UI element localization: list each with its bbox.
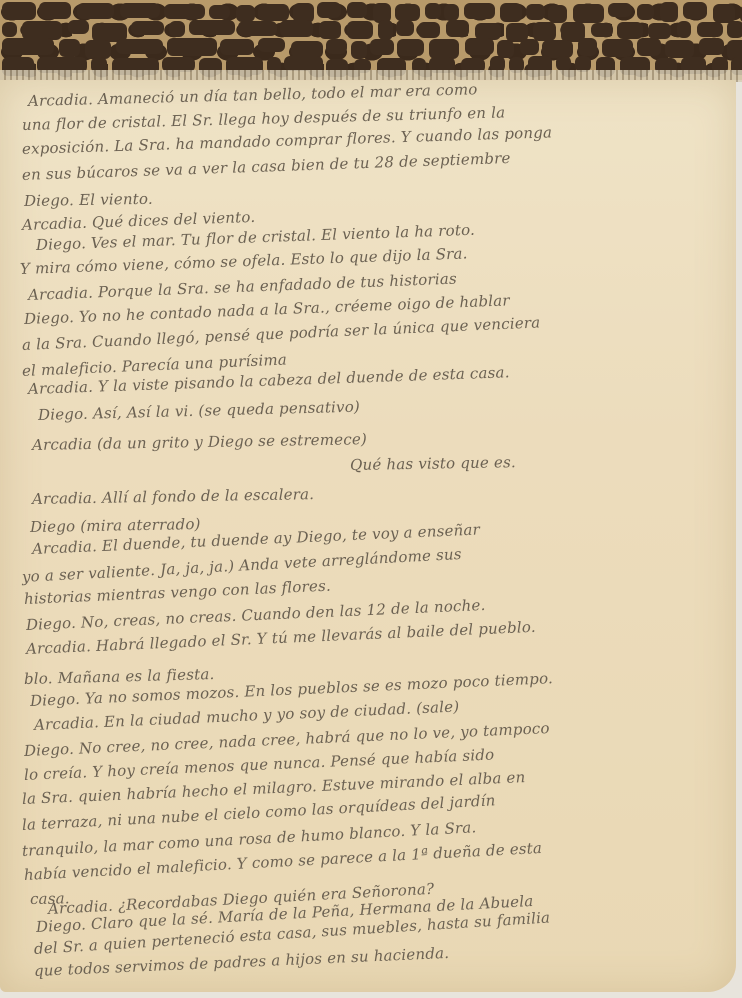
cover-scale xyxy=(209,5,230,19)
cover-scale xyxy=(697,22,723,37)
cover-scale xyxy=(548,5,567,24)
cover-scale xyxy=(220,39,253,55)
cover-scale xyxy=(526,4,545,19)
cover-scale xyxy=(683,2,708,19)
cover-scale xyxy=(116,39,163,54)
cover-scale xyxy=(351,41,367,59)
manuscript-line: Arcadia (da un grito y Diego se estremec… xyxy=(32,430,367,454)
cover-scale xyxy=(591,23,613,37)
cover-scale xyxy=(677,21,692,37)
cover-scale xyxy=(258,4,289,21)
cover-scale xyxy=(378,20,393,39)
cover-scale xyxy=(533,22,556,40)
cover-scale xyxy=(131,21,165,35)
manuscript-line: Diego. El viento. xyxy=(24,190,153,210)
cover-scale xyxy=(475,23,501,40)
cover-scale xyxy=(2,2,36,19)
cover-scale xyxy=(429,39,459,59)
notebook-cover xyxy=(0,0,742,80)
cover-scale xyxy=(397,39,424,56)
cover-scale xyxy=(77,3,115,19)
cover-scale xyxy=(59,39,80,57)
cover-scale xyxy=(39,2,71,19)
cover-scale xyxy=(418,22,440,38)
cover-scale xyxy=(608,3,632,17)
manuscript-page: Arcadia. Amaneció un día tan bello, todo… xyxy=(0,80,736,992)
cover-scale xyxy=(637,4,655,20)
cover-scale xyxy=(319,21,341,39)
cover-scale xyxy=(68,20,89,34)
cover-scale xyxy=(520,39,539,55)
cover-scale xyxy=(727,21,742,38)
cover-scale xyxy=(648,23,671,40)
cover-scale xyxy=(169,21,186,37)
cover-scale xyxy=(446,20,470,37)
manuscript-line: Diego. Así, Así la vi. (se queda pensati… xyxy=(38,398,360,424)
cover-scale xyxy=(660,2,679,22)
cover-scale xyxy=(370,39,394,55)
cover-scale xyxy=(444,4,459,20)
manuscript-line: Arcadia. Allí al fondo de la escalera. xyxy=(32,485,314,508)
cover-scale xyxy=(317,2,341,18)
cover-scale xyxy=(284,56,323,71)
cover-scale xyxy=(665,40,694,58)
cover-scale xyxy=(280,20,313,36)
cover-scale xyxy=(395,4,420,20)
cover-scale xyxy=(238,21,277,36)
cover-scale xyxy=(189,20,235,35)
cover-scale xyxy=(258,38,285,52)
cover-scale xyxy=(602,39,633,57)
cover-scale xyxy=(2,22,17,37)
cover-scale xyxy=(465,38,493,54)
cover-scale xyxy=(617,22,643,38)
cover-scale xyxy=(22,21,62,40)
cover-scale xyxy=(347,2,367,18)
cover-scale xyxy=(164,4,205,19)
cover-scale xyxy=(500,3,522,22)
cover-scale xyxy=(167,38,217,55)
cover-scale xyxy=(497,40,513,58)
cover-scale xyxy=(2,38,54,55)
cover-scale xyxy=(573,4,604,23)
cover-scale xyxy=(425,3,441,18)
cover-scale xyxy=(347,21,374,39)
cover-scale xyxy=(637,38,661,55)
cover-scale xyxy=(699,38,724,54)
cover-scale xyxy=(396,20,413,36)
cover-scale xyxy=(120,3,160,17)
cover-scale xyxy=(236,5,255,22)
cover-scale xyxy=(326,39,347,54)
cover-scale xyxy=(464,3,495,19)
manuscript-line: Qué has visto que es. xyxy=(350,453,516,474)
cover-scale xyxy=(578,38,597,56)
